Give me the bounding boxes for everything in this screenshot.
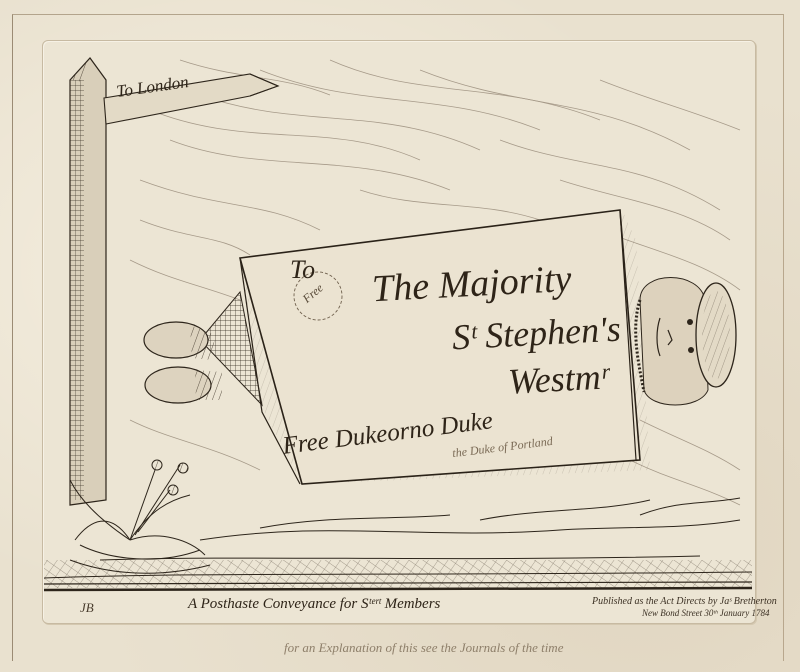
publisher-line-1: Published as the Act Directs by Jaˢ Bret… [592, 596, 777, 607]
handwritten-annotation: for an Explanation of this see the Journ… [284, 640, 563, 656]
letter-salutation: To [290, 255, 315, 285]
address-line-3: Westmʳ [507, 355, 610, 402]
address-line-2: Sᵗ Stephen's [451, 308, 622, 359]
figure-head [636, 278, 736, 406]
print-caption: A Posthaste Conveyance for Sᵗᵉʳᵗ Members [188, 596, 440, 613]
publisher-line-2: New Bond Street 30ᵗʰ January 1784 [642, 608, 769, 618]
legs-and-feet [144, 292, 262, 405]
plate-monogram: JB [80, 600, 94, 616]
